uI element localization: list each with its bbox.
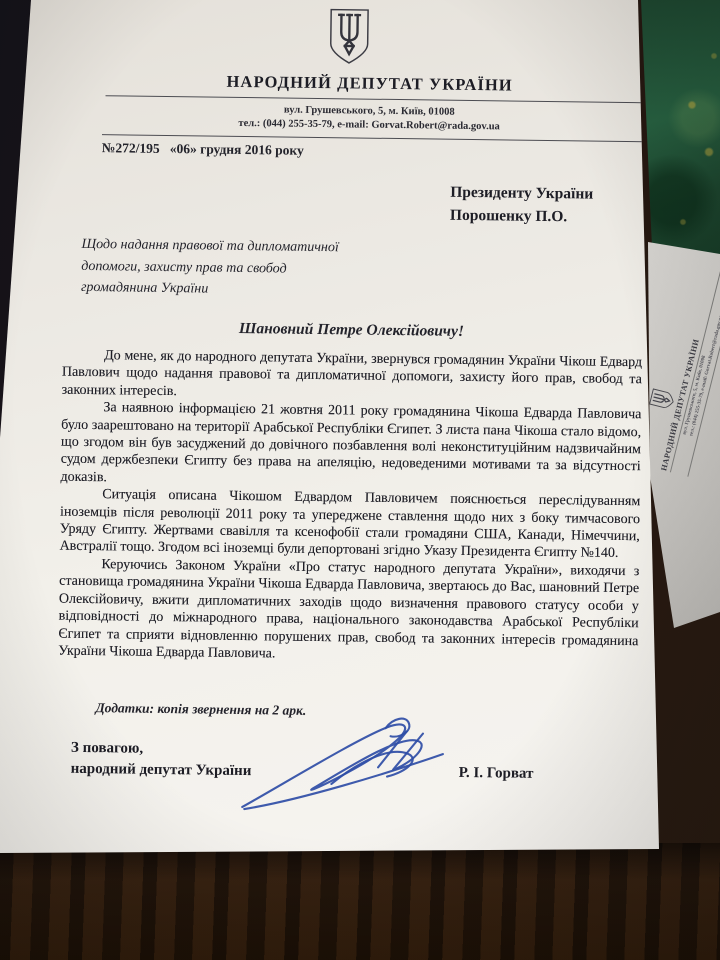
letter-page-content: НАРОДНИЙ ДЕПУТАТ УКРАЇНИ вул. Грушевсько… bbox=[0, 0, 720, 960]
closing-block: З повагою, народний депутат України bbox=[71, 738, 252, 782]
subject-block: Щодо надання правової та дипломатичної д… bbox=[81, 234, 339, 302]
handwritten-signature bbox=[236, 709, 451, 818]
reference-number: №272/195 «06» грудня 2016 року bbox=[102, 140, 304, 159]
recipient-line-1: Президенту України bbox=[450, 181, 593, 206]
letter-paper: НАРОДНИЙ ДЕПУТАТ УКРАЇНИ вул. Грушевсько… bbox=[0, 0, 720, 960]
recipient-block: Президенту України Порошенку П.О. bbox=[450, 181, 594, 229]
subject-line-3: громадянина України bbox=[81, 277, 339, 302]
body-paragraph-1: До мене, як до народного депутата Україн… bbox=[62, 347, 643, 407]
salutation: Шановний Петре Олексійовичу! bbox=[136, 319, 566, 343]
trident-emblem-icon bbox=[647, 385, 678, 413]
photo-of-letter: НАРОДНИЙ ДЕПУТАТ УКРАЇНИ вул. Грушевсько… bbox=[0, 0, 720, 960]
org-title: НАРОДНИЙ ДЕПУТАТ УКРАЇНИ bbox=[120, 70, 620, 97]
desk-surface bbox=[0, 843, 720, 960]
signer-name: Р. І. Горват bbox=[459, 765, 534, 783]
body-paragraph-3: Ситуація описана Чікошом Едвардом Павлов… bbox=[59, 486, 640, 563]
letter-body: До мене, як до народного депутата Україн… bbox=[58, 347, 642, 668]
body-paragraph-2: За наявною інформацією 21 жовтня 2011 ро… bbox=[60, 399, 641, 494]
trident-emblem-icon bbox=[322, 5, 377, 68]
recipient-line-2: Порошенку П.О. bbox=[450, 204, 593, 229]
subject-line-1: Щодо надання правової та дипломатичної bbox=[81, 234, 339, 259]
letterhead-address: вул. Грушевського, 5, м. Київ, 01008 тел… bbox=[119, 101, 619, 135]
closing-line-2: народний депутат України bbox=[71, 759, 252, 782]
closing-line-1: З повагою, bbox=[71, 738, 252, 761]
body-paragraph-4: Керуючись Законом України «Про статус на… bbox=[58, 556, 639, 668]
